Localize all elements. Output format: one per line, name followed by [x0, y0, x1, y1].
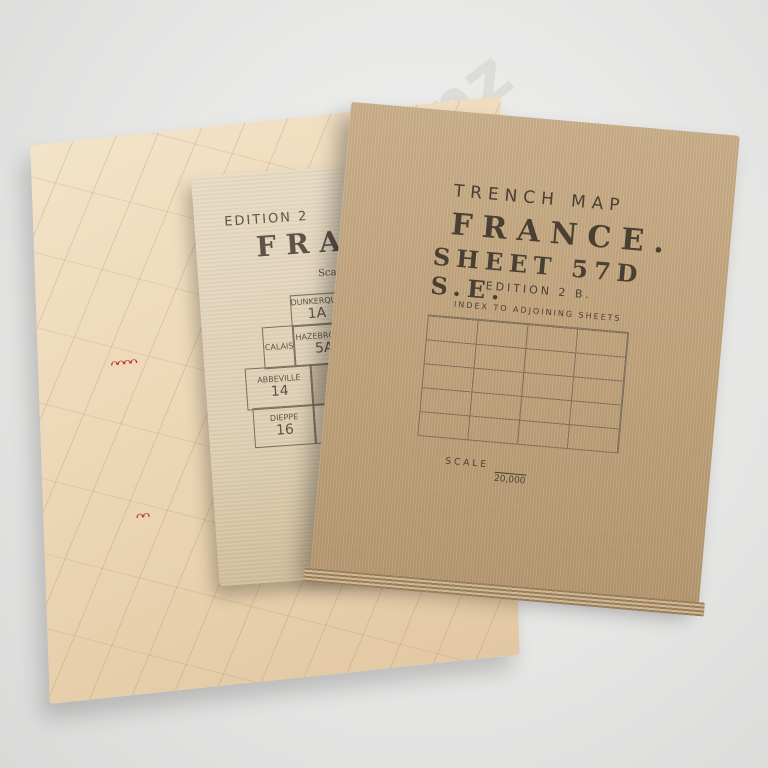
- red-trench-marking: ᴖᴖᴖᴖ: [110, 355, 136, 374]
- trench-map-booklet: TRENCH MAP FRANCE. SHEET 57D S.E. EDITIO…: [310, 102, 739, 604]
- map-edition: EDITION 2: [224, 209, 309, 230]
- index-cell: DIEPPE16: [252, 404, 317, 448]
- scale-label: SCALE: [445, 456, 490, 470]
- adjoining-sheets-grid: [417, 314, 629, 453]
- red-trench-marking: ᴖᴖ: [135, 508, 148, 525]
- scale-value: 20,000: [493, 472, 525, 487]
